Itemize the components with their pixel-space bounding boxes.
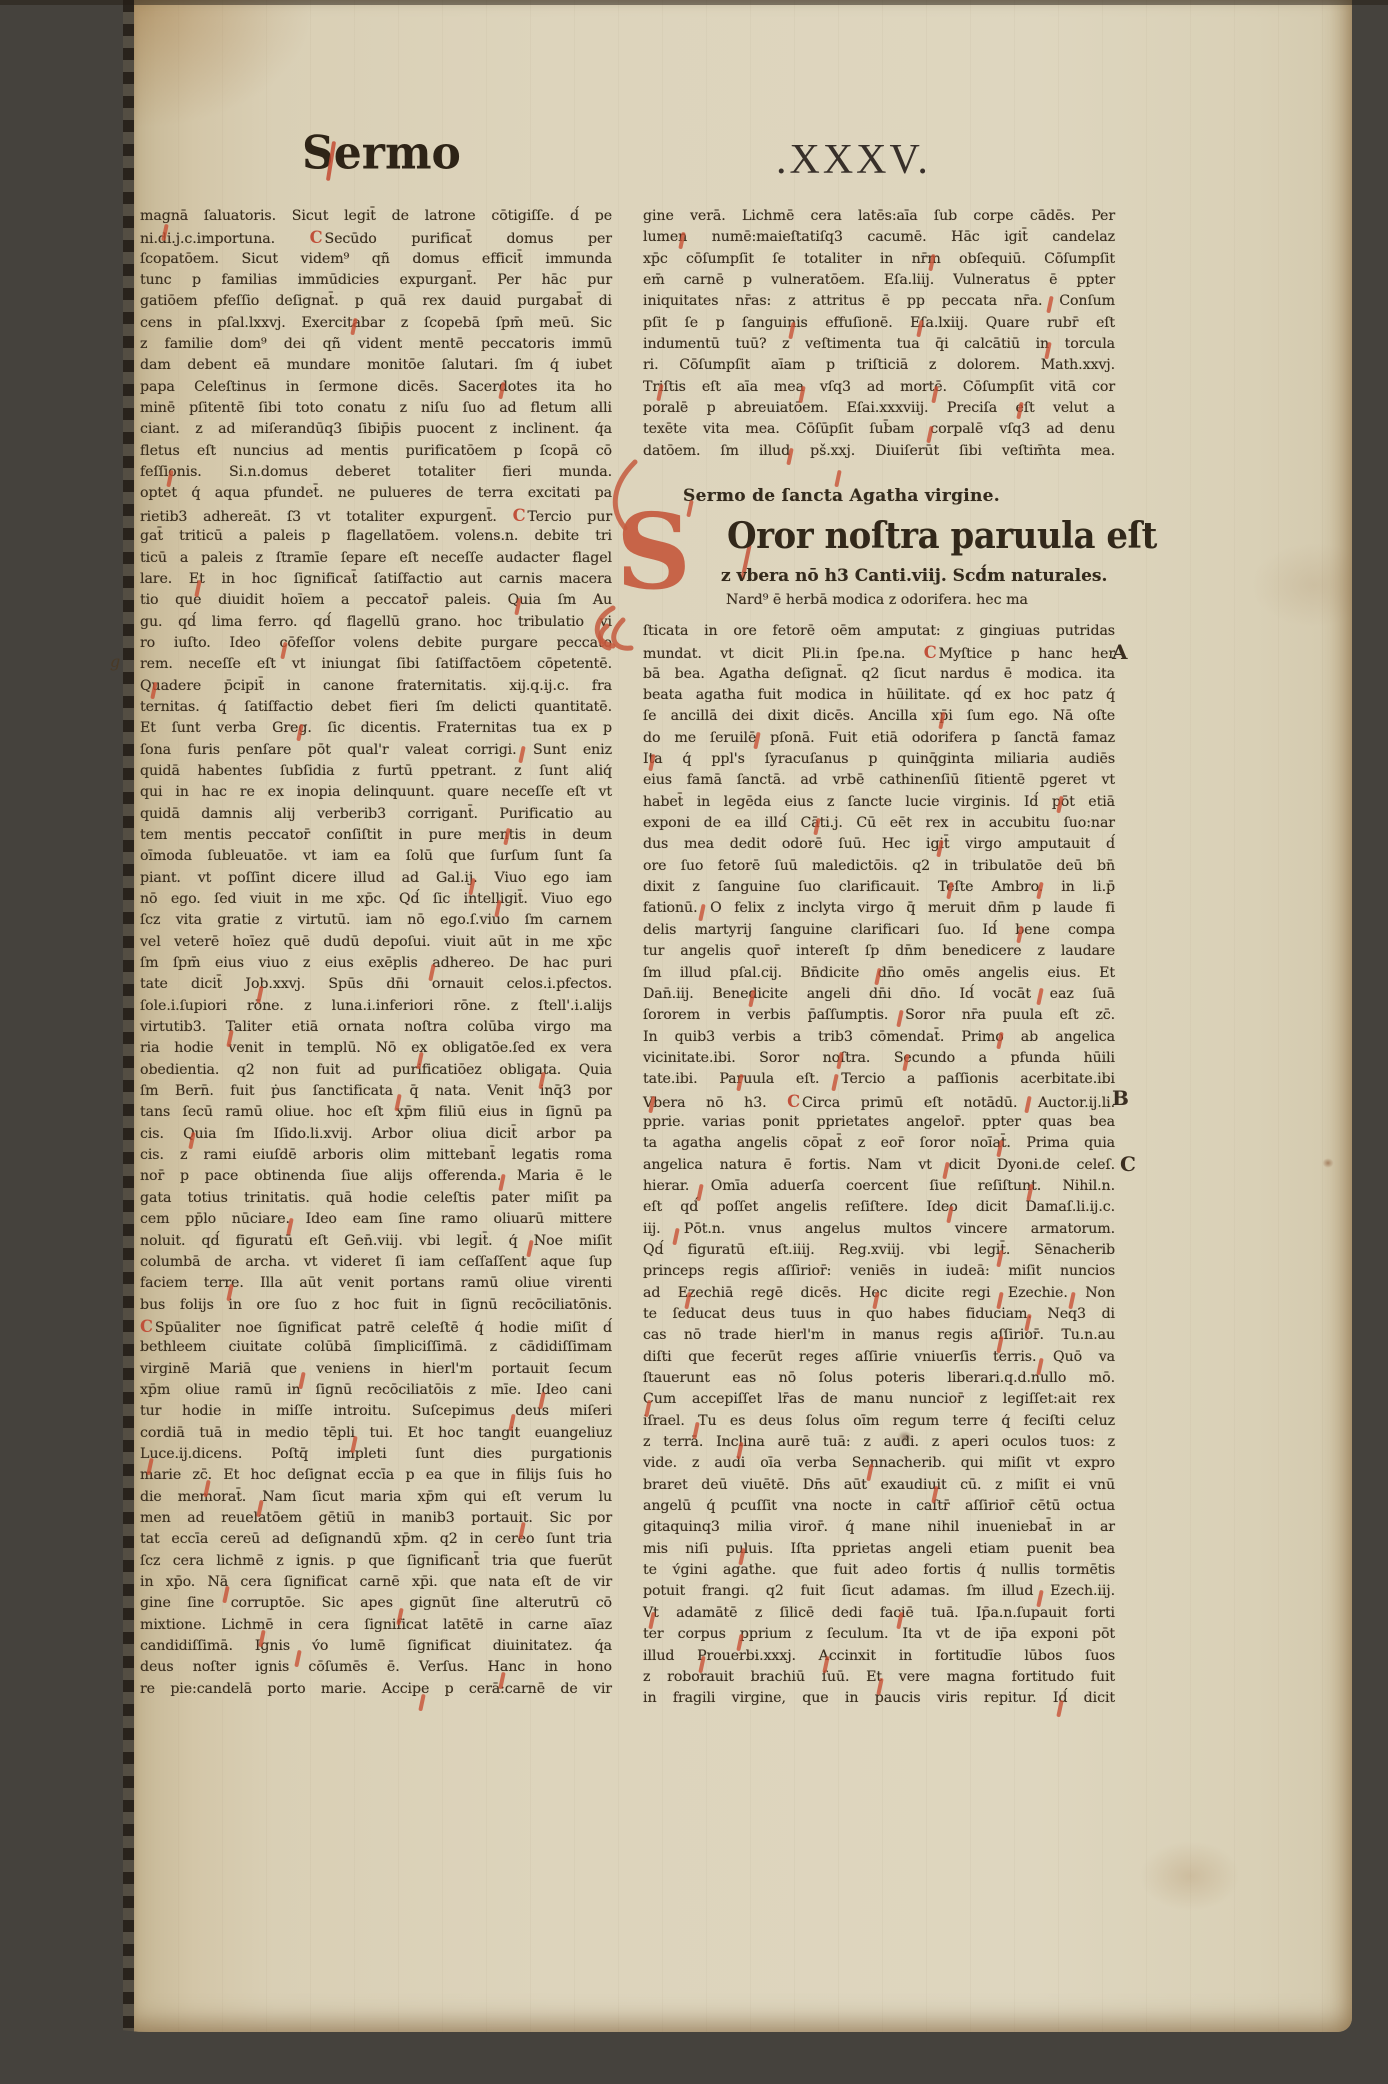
text-line: Cum accepiſſet lr̄as de manu nuncior̄ z … <box>643 1389 1115 1410</box>
text-line: ri. Cōſumpſit aīam p triſticiā z dolorem… <box>643 355 1115 376</box>
text-line: In quib3 verbis a trib3 cōmendat̄. Primo… <box>643 1027 1115 1048</box>
text-line: tem mentis peccator̄ conſiſtit in pure m… <box>140 825 612 846</box>
text-line: ſole.i.ſupiori rōne. z luna.i.inferiori … <box>140 996 612 1017</box>
text-line: men ad reuelatōem gētiū in manib3 portau… <box>140 1508 612 1529</box>
text-line: hierar. Omīa aduerſa coercent ſiue reſiſ… <box>643 1176 1115 1197</box>
text-line: Et ſunt verba Greg. ſic dicentis. Frater… <box>140 718 612 739</box>
text-line: diſti que fecerūt reges aſſirie vniuerſi… <box>643 1347 1115 1368</box>
text-line: iij. Pōt.n. vnus angelus multos vincere … <box>643 1219 1115 1240</box>
text-line: bus folijs in ore ſuo z hoc fuit in ſign… <box>140 1295 612 1316</box>
text-line: minē pſitentē ſibi toto conatu z niſu ſu… <box>140 398 612 419</box>
text-line: tate.ibi. Paruula eſt. Tercio a paſſioni… <box>643 1069 1115 1090</box>
text-line: iſrael. Tu es deus ſolus oīm regum terre… <box>643 1411 1115 1432</box>
text-line: ſororem in verbis p̄aſſumptis. Soror nr̄… <box>643 1005 1115 1026</box>
text-line: ro iuſto. Ideo cōfeſſor volens debite pu… <box>140 633 612 654</box>
text-line: rem. neceſſe eſt vt iniungat ſibi ſatiſf… <box>140 654 612 675</box>
text-line: eſt qd́ poſſet angelis reſiſtere. Ideo d… <box>643 1197 1115 1218</box>
text-line: faciem terre. Illa aūt venit portans ram… <box>140 1273 612 1294</box>
text-line: beata agatha fuit modica in hūilitate. q… <box>643 685 1115 706</box>
right-margin-letter-b: B <box>1112 1086 1129 1110</box>
text-line: z familie dom⁹ dei qñ vident mentē pecca… <box>140 334 612 355</box>
right-margin-letter-c: C <box>1120 1152 1136 1176</box>
rubricated-paragraph-mark: C <box>924 643 937 662</box>
text-line: ore ſuo fetorē ſuū maledictōis. q2 in tr… <box>643 856 1115 877</box>
text-line: lare. Et in hoc ſignificat̄ ſatiſfactio … <box>140 569 612 590</box>
text-line: columbā de archa. vt videret ſi iam ceſſ… <box>140 1252 612 1273</box>
incunabulum-page-scan: Sermo .XXXV. magnā ſaluatoris. Sicut leg… <box>0 0 1388 2084</box>
text-line: vide. z audi oīa verba Sennacherib. qui … <box>643 1453 1115 1474</box>
running-head-left: Sermo <box>302 127 461 181</box>
text-line: marie zc̄. Et hoc deſignat eccīa p ea qu… <box>140 1465 612 1486</box>
text-line: tur angelis quor̄ intereſt ſp dn̄m bened… <box>643 941 1115 962</box>
running-head-chapter-number: .XXXV. <box>776 136 931 184</box>
text-line: candidiſſimā. Ignis v́o lumē ſignificat … <box>140 1636 612 1657</box>
text-line: ticū a paleis z ſtramīe ſepare eſt neceſ… <box>140 548 612 569</box>
text-line: quidā damnis alij verberib3 corrigant̄. … <box>140 804 612 825</box>
right-margin-letter-a: A <box>1112 640 1128 664</box>
right-text-column-continuation: gine verā. Lichmē cera latēs:aīa ſub cor… <box>643 206 1115 462</box>
text-line: Ita q́ ppl's ſyracuſanus p quinq̄ginta m… <box>643 749 1115 770</box>
text-line: vicinitate.ibi. Soror noſtra. Secundo a … <box>643 1048 1115 1069</box>
text-line: oīmoda ſubleuatōe. vt iam ea ſolū que ſu… <box>140 846 612 867</box>
text-line: ſona furis penſare pōt qual'r valeat cor… <box>140 740 612 761</box>
text-line: ſtauerunt eas nō ſolus poteris liberari.… <box>643 1368 1115 1389</box>
text-line: ria hodie venit in templū. Nō ex obligat… <box>140 1038 612 1059</box>
text-line: gu. qd́ lima ferro. qd́ flagellū grano. … <box>140 612 612 633</box>
text-line: em̄ carnē p vulneratōem. Eſa.liij. Vulne… <box>643 270 1115 291</box>
text-line: tans ſecū ramū oliue. hoc eſt xp̄m filiū… <box>140 1102 612 1123</box>
text-line: angelica natura ē fortis. Nam vt dicit D… <box>643 1155 1115 1176</box>
text-line: re pie:candelā porto marie. Accipe p cer… <box>140 1679 612 1700</box>
text-line: illud Prouerbi.xxxj. Accinxit in fortitu… <box>643 1646 1115 1667</box>
text-line: ta agatha angelis cōpat̄ z eor̄ ſoror no… <box>643 1133 1115 1154</box>
text-line: fletus eſt nuncius ad mentis purificatōe… <box>140 441 612 462</box>
text-line: tate dicit̄ Job.xxvj. Spūs dn̄i ornauit … <box>140 974 612 995</box>
text-line: gatiōem pfeſſio deſignat̄. p quā rex dau… <box>140 291 612 312</box>
text-line: lumen numē:maieſtatiſq3 cacumē. Hāc igit… <box>643 227 1115 248</box>
text-line: nor̄ p pace obtinenda ſiue alijs offeren… <box>140 1166 612 1187</box>
text-line: ciant. z ad miſerandūq3 ſibip̄is puocent… <box>140 419 612 440</box>
text-line: iniquitates nr̄as: z attritus ē pp pecca… <box>643 291 1115 312</box>
text-line: indumentū tuū? z veſtimenta tua q̄i calc… <box>643 334 1115 355</box>
text-line: gat̄ triticū a paleis p flagellatōem. vo… <box>140 526 612 547</box>
text-line: tat eccīa cereū ad deſignandū xp̄m. q2 i… <box>140 1529 612 1550</box>
text-line: do me ſeruilē pſonā. Fuit etiā odorifera… <box>643 728 1115 749</box>
text-line: poralē p abreuiatōem. Eſai.xxxviij. Prec… <box>643 398 1115 419</box>
text-line: Quadere p̄cipit̄ in canone fraternitatis… <box>140 676 612 697</box>
text-line: papa Celeſtinus in ſermone dicēs. Sacerd… <box>140 377 612 398</box>
text-line: xp̄c cōſumpſit ſe totaliter in nr̄m obſe… <box>643 249 1115 270</box>
text-line: mundat. vt dicit Pli.in ſpe.na. CMyſtice… <box>643 642 1115 663</box>
text-line: cem pp̄lo nūciare. Ideo eam ſine ramo ol… <box>140 1209 612 1230</box>
text-line: pſit ſe p ſanguinis effuſionē. Eſa.lxiij… <box>643 313 1115 334</box>
rubricated-paragraph-mark: C <box>787 1092 800 1111</box>
text-line: virtutib3. Taliter etiā ornata noſtra co… <box>140 1017 612 1038</box>
text-line: Luce.ij.dicens. Poſtq̄ impleti ſunt dies… <box>140 1444 612 1465</box>
left-margin-mark: g <box>110 652 120 671</box>
text-line: virginē Mariā que veniens in hierl'm por… <box>140 1359 612 1380</box>
text-line: ſe ancillā dei dixit dicēs. Ancilla xp̄i… <box>643 706 1115 727</box>
text-line: gata totius trinitatis. quā hodie celeſt… <box>140 1188 612 1209</box>
text-line: qui in hac re ex inopia delinquunt. quar… <box>140 782 612 803</box>
text-line: eius famā ſanctā. ad vrbē cathinenſiū ſi… <box>643 770 1115 791</box>
text-line: ſm ſpm̄ eius viuo z eius exēplis adhereo… <box>140 953 612 974</box>
text-line: cordiā tuā in medio tēpli tui. Et hoc ta… <box>140 1423 612 1444</box>
right-text-column-body: ſticata in ore fetorē oēm amputat: z gin… <box>643 621 1115 1710</box>
rubricated-paragraph-mark: C <box>513 506 526 525</box>
text-line: te ſeducat deus tuus in quo habes fiduci… <box>643 1304 1115 1325</box>
text-line: deus noſter ignis cōſumēs ē. Verſus. Han… <box>140 1657 612 1678</box>
text-line: noluit. qd́ figuratū eſt Gen̄.viij. vbi … <box>140 1231 612 1252</box>
text-line: princeps regis aſſirior̄: veniēs in iude… <box>643 1261 1115 1282</box>
text-line: angelū q́ pcuſſit vna nocte in caſtr̄ aſ… <box>643 1496 1115 1517</box>
text-line: cas nō trade hierl'm in manus regis aſſi… <box>643 1325 1115 1346</box>
text-line: fationū. O felix z inclyta virgo q̄ meru… <box>643 898 1115 919</box>
text-line: ſcopatōem. Sicut videm⁹ qñ domus efficit… <box>140 249 612 270</box>
text-line: Dan̄.iij. Benedicite angeli dn̄i dn̄o. I… <box>643 984 1115 1005</box>
text-line: ſcz vita gratie z virtutū. iam nō ego.ſ.… <box>140 910 612 931</box>
gutter-fold <box>0 0 134 2032</box>
text-line: te v́gini agathe. que fuit adeo fortis q… <box>643 1560 1115 1581</box>
text-line: cis. Quia ſm Iſido.li.xvij. Arbor oliua … <box>140 1124 612 1145</box>
rubricated-paragraph-mark: C <box>310 228 323 247</box>
text-line: gitaquinq3 milia viror̄. q́ mane nihil i… <box>643 1517 1115 1538</box>
text-line: Vbera nō h3. CCirca primū eſt notādū. Au… <box>643 1091 1115 1112</box>
incipit-large-line: Oror noſtra paruula eſt <box>727 514 1157 557</box>
rubricated-paragraph-mark: C <box>140 1317 153 1336</box>
text-line: Vt adamātē z ſilicē dedi faciē tuā. Ip̄a… <box>643 1603 1115 1624</box>
left-text-column: magnā ſaluatoris. Sicut legit̄ de latron… <box>140 206 612 1700</box>
text-line: potuit frangi. q2 fuit ſicut adamas. ſm … <box>643 1581 1115 1602</box>
text-line: tunc p familias immūdicies expurgant̄. P… <box>140 270 612 291</box>
text-line: dus mea dedit odorē ſuū. Hec igit̄ virgo… <box>643 834 1115 855</box>
text-line: nō ego. ſed viuit in me xp̄c. Qd́ ſic in… <box>140 889 612 910</box>
text-line: cis. z rami eiuſdē arboris olim mitteban… <box>140 1145 612 1166</box>
text-line: mixtione. Lichmē in cera ſignificat latē… <box>140 1615 612 1636</box>
text-line: delis martyrij ſanguine clarificari ſuo.… <box>643 920 1115 941</box>
text-line: magnā ſaluatoris. Sicut legit̄ de latron… <box>140 206 612 227</box>
text-line: Qd́ figuratū eſt.iiij. Reg.xviij. vbi le… <box>643 1240 1115 1261</box>
text-line: pprie. varias ponit pprietates angelor̄.… <box>643 1112 1115 1133</box>
text-line: habet̄ in legēda eius z ſancte lucie vir… <box>643 792 1115 813</box>
text-line: exponi de ea illd́ Cāti.j. Cū eēt rex in… <box>643 813 1115 834</box>
incipit-third-line: Nard⁹ ē herbā modica z odorifera. hec ma <box>726 592 1028 608</box>
text-line: cens in pſal.lxxvj. Exercitabar z ſcopeb… <box>140 313 612 334</box>
text-line: ni.di.j.c.importuna. CSecūdo purificat̄ … <box>140 227 612 248</box>
text-line: gine verā. Lichmē cera latēs:aīa ſub cor… <box>643 206 1115 227</box>
text-line: quidā habentes ſubſidia z furtū ppetrant… <box>140 761 612 782</box>
top-edge-shadow <box>0 0 1388 5</box>
text-line: die memorat̄. Nam ſicut maria xp̄m qui e… <box>140 1487 612 1508</box>
text-line: dam debent eā mundare monitōe ſalutari. … <box>140 355 612 376</box>
text-line: feſſionis. Si.n.domus deberet totaliter … <box>140 462 612 483</box>
text-line: CSpūaliter noe ſignificat patrē celeſtē … <box>140 1316 612 1337</box>
text-line: bethleem ciuitate colūbā ſimpliciſſimā. … <box>140 1337 612 1358</box>
text-line: Triſtis eſt aīa mea vſq3 ad mortē. Cōſum… <box>643 377 1115 398</box>
text-line: mis niſi puluis. Iſta pprietas angeli et… <box>643 1539 1115 1560</box>
text-line: tio que diuidit hoīem a peccator̄ paleis… <box>140 590 612 611</box>
text-line: ſticata in ore fetorē oēm amputat: z gin… <box>643 621 1115 642</box>
text-line: rietib3 adhereāt. ſ3 vt totaliter expurg… <box>140 505 612 526</box>
text-line: z terrā. Inclina aurē tuā: z audi. z ape… <box>643 1432 1115 1453</box>
text-line: braret deū viuētē. Dn̄s aūt exaudiuit cū… <box>643 1475 1115 1496</box>
text-line: optet q́ aqua pfundet̄. ne pulueres de t… <box>140 483 612 504</box>
incipit-theme-line: z vbera nō h3 Canti.viij. Scd́m naturale… <box>721 566 1107 586</box>
text-line: gine ſine corruptōe. Sic apes gignūt ſin… <box>140 1593 612 1614</box>
text-line: piant. vt poſſint dicere illud ad Gal.ij… <box>140 868 612 889</box>
text-line: texēte vita mea. Cōſūpſit ſub̄am corpalē… <box>643 419 1115 440</box>
text-line: dixit z ſanguine ſuo clarificauit. Teſte… <box>643 877 1115 898</box>
text-line: in xp̄o. Nā cera ſignificat carnē xp̄i. … <box>140 1572 612 1593</box>
text-line: bā bea. Agatha deſignat̄. q2 ſicut nardu… <box>643 664 1115 685</box>
text-line: ternitas. q́ ſatiſfactio debet fieri ſm … <box>140 697 612 718</box>
text-line: ter corpus pprium z ſeculum. Ita vt de i… <box>643 1624 1115 1645</box>
text-line: ſcz cera lichmē z ignis. p que ſignifica… <box>140 1551 612 1572</box>
text-line: vel veterē hoīez quē dudū depoſui. viuit… <box>140 932 612 953</box>
